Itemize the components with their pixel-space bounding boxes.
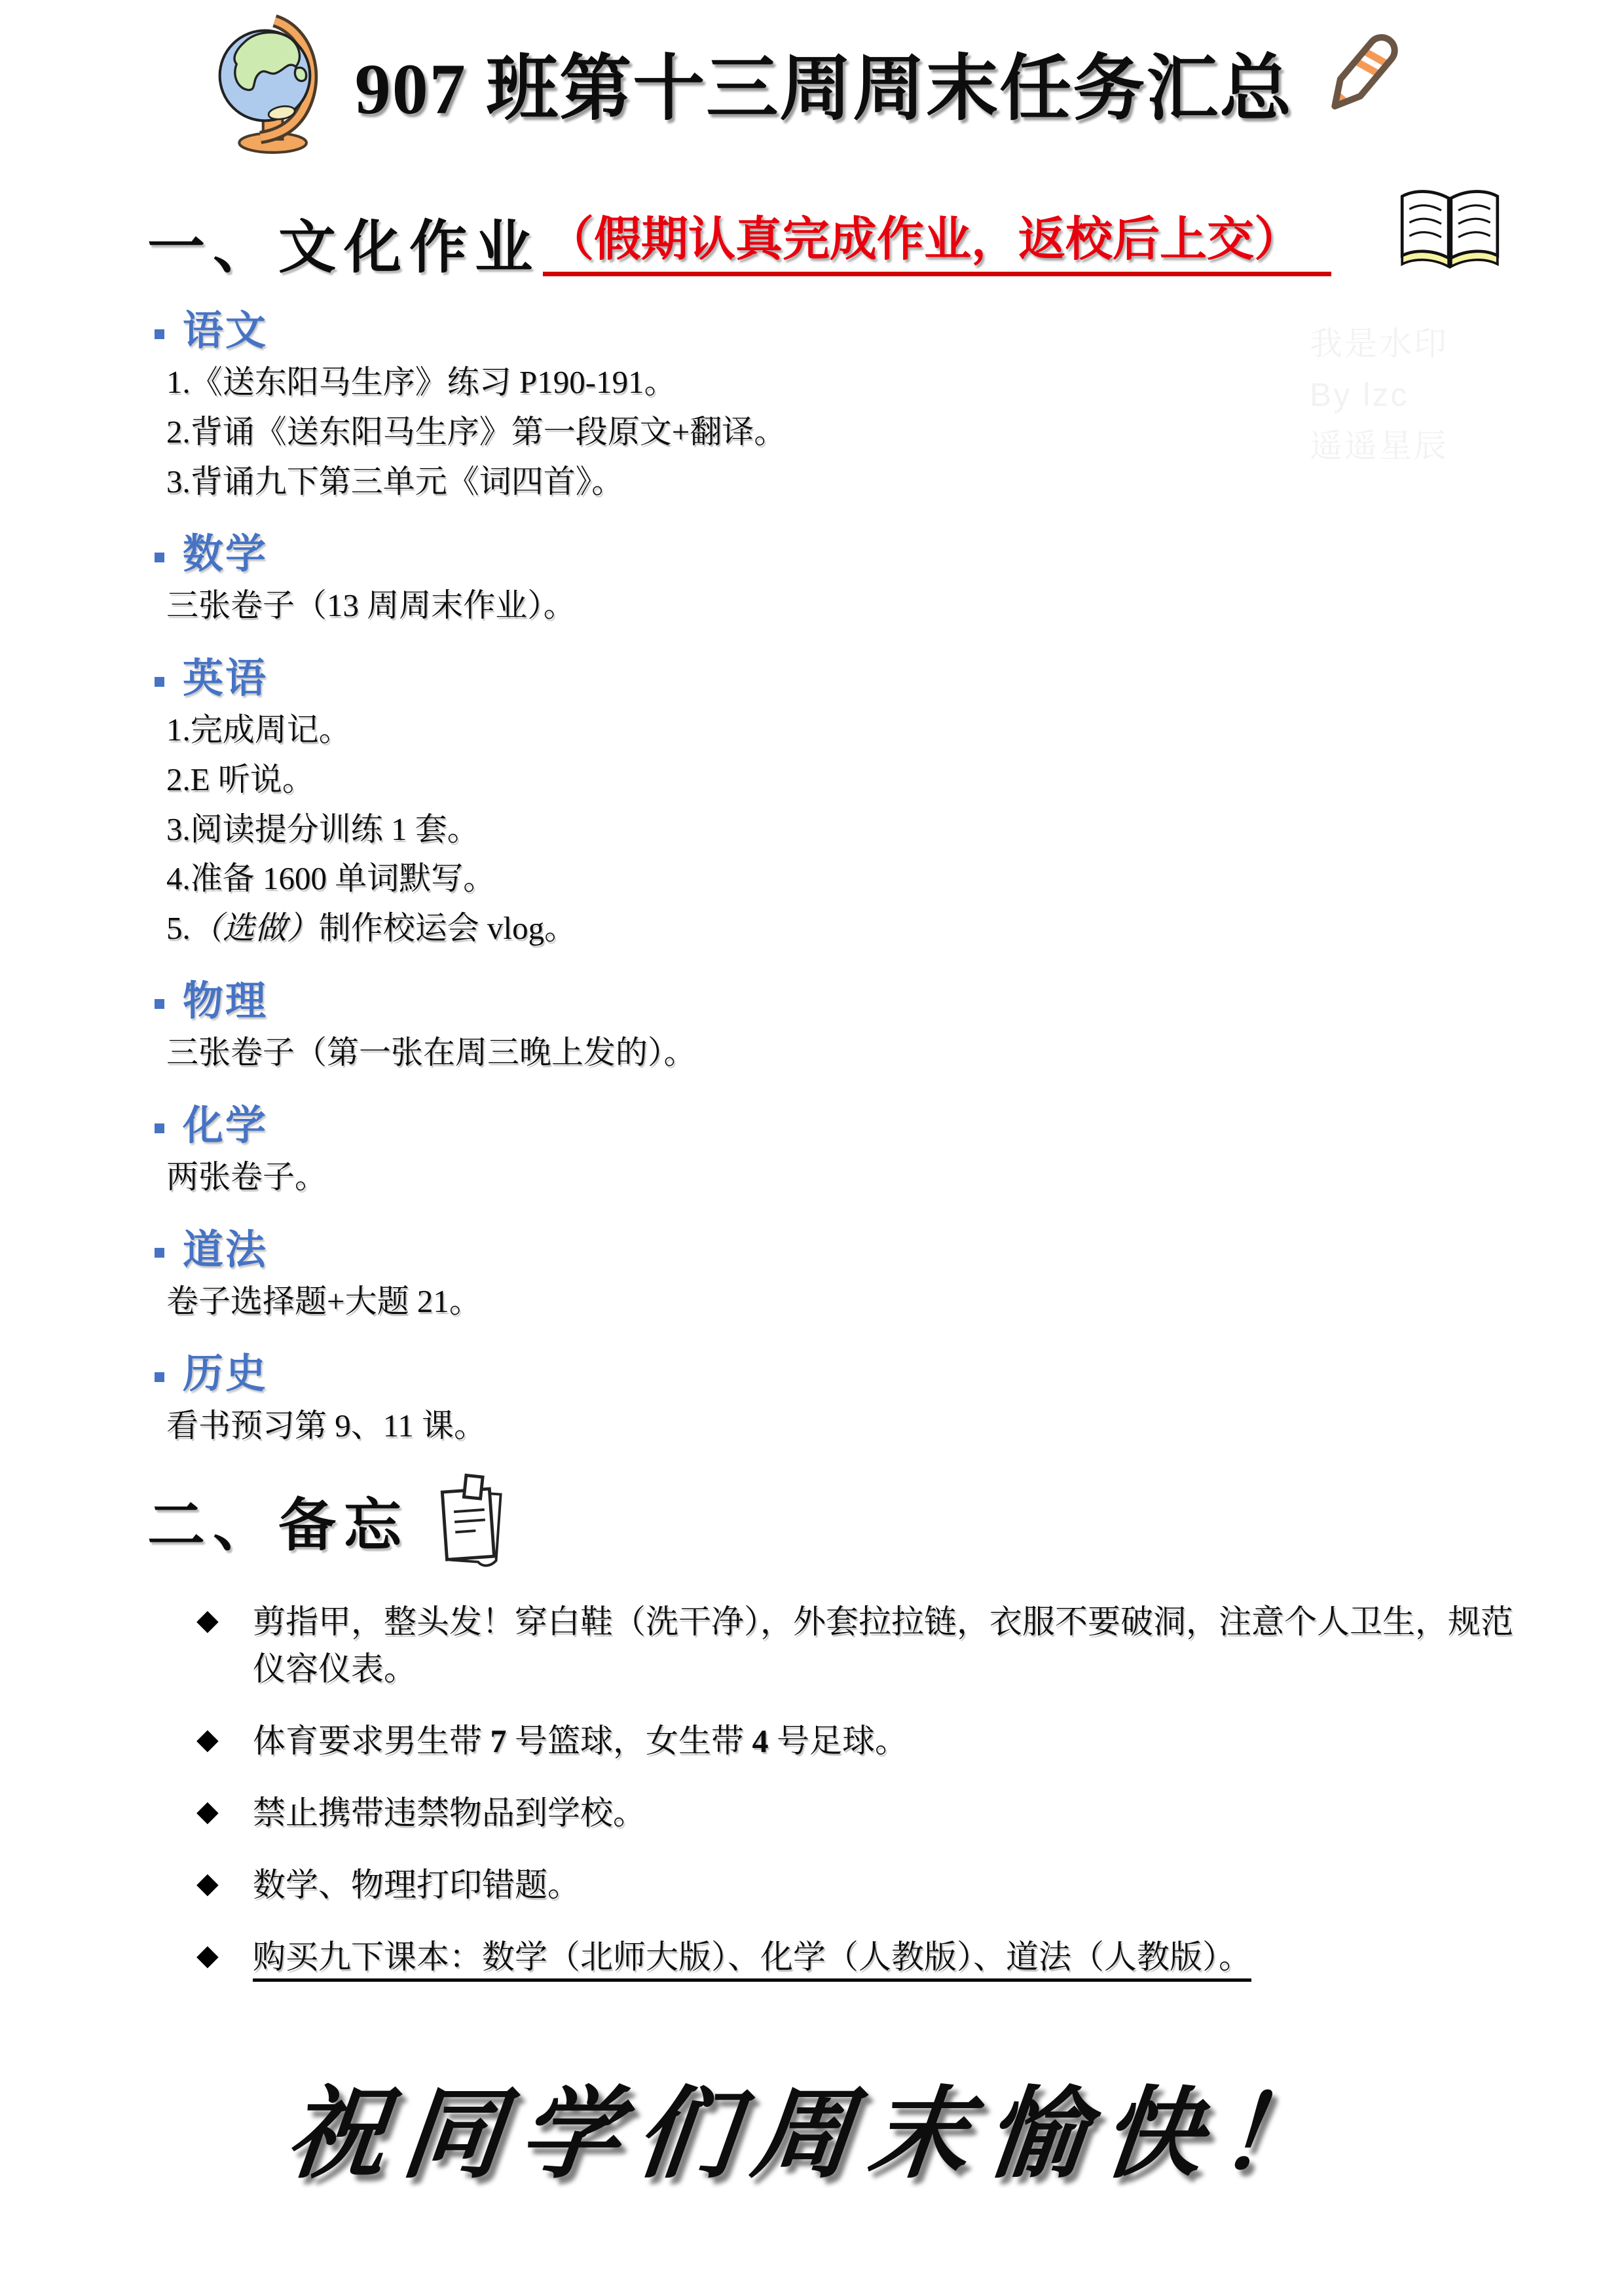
- english-item-2: 2.E 听说。: [166, 759, 1493, 801]
- section-memo-title: 二、备忘: [147, 1493, 409, 1557]
- square-bullet-icon: [155, 329, 164, 339]
- section-culture-header: 一、文化作业 （假期认真完成作业，返校后上交）: [147, 186, 1506, 279]
- english-item-4: 4.准备 1600 单词默写。: [166, 858, 1493, 900]
- memo-text-prohibited: 禁止携带违禁物品到学校。: [253, 1789, 1519, 1836]
- subject-name-math: 数学: [183, 532, 268, 577]
- subject-name-history: 历史: [183, 1352, 268, 1396]
- memo-row-print-errors: ◆ 数学、物理打印错题。: [196, 1861, 1519, 1908]
- pencil-icon: [1310, 24, 1414, 122]
- subject-heading-math: 数学: [149, 532, 1493, 577]
- subject-heading-chemistry: 化学: [149, 1104, 1493, 1148]
- diamond-bullet-icon: ◆: [196, 1598, 253, 1692]
- square-bullet-icon: [155, 553, 164, 562]
- subject-name-english: 英语: [183, 657, 268, 701]
- subject-name-chemistry: 化学: [183, 1104, 268, 1148]
- subject-heading-physics: 物理: [149, 979, 1493, 1024]
- physics-item-1: 三张卷子（第一张在周三晚上发的）。: [166, 1032, 1493, 1074]
- square-bullet-icon: [155, 1248, 164, 1258]
- memo-pe-c: 号篮球，女生带: [507, 1722, 752, 1759]
- weekend-task-summary-page: 我是水印 By lzc 遥遥星辰 907 班第十三周周末任务汇总 一、文化作: [0, 0, 1624, 2296]
- memo-note-icon: [432, 1471, 509, 1573]
- memo-text-textbooks: 购买九下课本：数学（北师大版）、化学（人教版）、道法（人教版）。: [253, 1933, 1519, 1980]
- subject-heading-english: 英语: [149, 657, 1493, 701]
- math-item-1: 三张卷子（13 周周末作业）。: [166, 585, 1493, 627]
- diamond-bullet-icon: ◆: [196, 1789, 253, 1836]
- memo-row-prohibited: ◆ 禁止携带违禁物品到学校。: [196, 1789, 1519, 1836]
- subject-name-physics: 物理: [183, 979, 268, 1024]
- memo-row-textbooks: ◆ 购买九下课本：数学（北师大版）、化学（人教版）、道法（人教版）。: [196, 1933, 1519, 1980]
- english-item-5: 5.（选做）制作校运会 vlog。: [166, 907, 1493, 949]
- memo-row-grooming: ◆ 剪指甲，整头发！穿白鞋（洗干净），外套拉拉链，衣服不要破洞，注意个人卫生，规…: [196, 1598, 1519, 1692]
- english-item-5-text: 制作校运会 vlog。: [319, 910, 576, 946]
- footer-wish: 祝同学们周末愉快！: [280, 2054, 1344, 2197]
- page-title: 907 班第十三周周末任务汇总: [355, 31, 1293, 134]
- memo-text-pe: 体育要求男生带 7 号篮球，女生带 4 号足球。: [253, 1717, 1519, 1764]
- open-book-icon: [1393, 186, 1506, 278]
- chinese-item-1: 1.《送东阳马生序》练习 P190-191。: [166, 361, 1493, 403]
- subject-heading-chinese: 语文: [149, 309, 1493, 354]
- square-bullet-icon: [155, 1123, 164, 1133]
- memo-text-grooming: 剪指甲，整头发！穿白鞋（洗干净），外套拉拉链，衣服不要破洞，注意个人卫生，规范仪…: [253, 1598, 1519, 1692]
- square-bullet-icon: [155, 677, 164, 687]
- section-culture-annotation: （假期认真完成作业，返校后上交）: [543, 201, 1331, 276]
- section-memo-header: 二、备忘: [147, 1476, 1506, 1573]
- subject-name-morality: 道法: [183, 1228, 268, 1273]
- memo-text-print-errors: 数学、物理打印错题。: [253, 1861, 1519, 1908]
- chinese-item-3: 3.背诵九下第三单元《词四首》。: [166, 461, 1493, 503]
- memo-row-pe: ◆ 体育要求男生带 7 号篮球，女生带 4 号足球。: [196, 1717, 1519, 1764]
- footer: 祝同学们周末愉快！: [0, 2054, 1624, 2197]
- diamond-bullet-icon: ◆: [196, 1861, 253, 1908]
- globe-icon: [210, 14, 338, 155]
- english-item-5-number: 5.: [166, 910, 191, 946]
- square-bullet-icon: [155, 999, 164, 1009]
- subject-name-chinese: 语文: [183, 309, 268, 354]
- memo-pe-basketball-size: 7: [490, 1722, 507, 1759]
- morality-item-1: 卷子选择题+大题 21。: [166, 1281, 1493, 1322]
- subject-heading-history: 历史: [149, 1352, 1493, 1396]
- english-item-3: 3.阅读提分训练 1 套。: [166, 809, 1493, 850]
- section-culture-title: 一、文化作业: [147, 215, 540, 279]
- diamond-bullet-icon: ◆: [196, 1933, 253, 1980]
- memo-list: ◆ 剪指甲，整头发！穿白鞋（洗干净），外套拉拉链，衣服不要破洞，注意个人卫生，规…: [196, 1598, 1519, 1980]
- title-row: 907 班第十三周周末任务汇总: [0, 0, 1624, 148]
- history-item-1: 看书预习第 9、11 课。: [166, 1405, 1493, 1447]
- square-bullet-icon: [155, 1372, 164, 1382]
- chinese-item-2: 2.背诵《送东阳马生序》第一段原文+翻译。: [166, 411, 1493, 453]
- subject-heading-morality: 道法: [149, 1228, 1493, 1273]
- chemistry-item-1: 两张卷子。: [166, 1156, 1493, 1198]
- subject-list: 语文 1.《送东阳马生序》练习 P190-191。 2.背诵《送东阳马生序》第一…: [149, 309, 1493, 1446]
- english-item-1: 1.完成周记。: [166, 709, 1493, 751]
- memo-pe-e: 号足球。: [769, 1722, 908, 1759]
- diamond-bullet-icon: ◆: [196, 1717, 253, 1764]
- memo-pe-football-size: 4: [752, 1722, 769, 1759]
- english-item-5-optional: （选做）: [191, 910, 319, 946]
- memo-pe-a: 体育要求男生带: [253, 1722, 490, 1759]
- memo-textbooks-underlined: 购买九下课本：数学（北师大版）、化学（人教版）、道法（人教版）。: [253, 1939, 1251, 1982]
